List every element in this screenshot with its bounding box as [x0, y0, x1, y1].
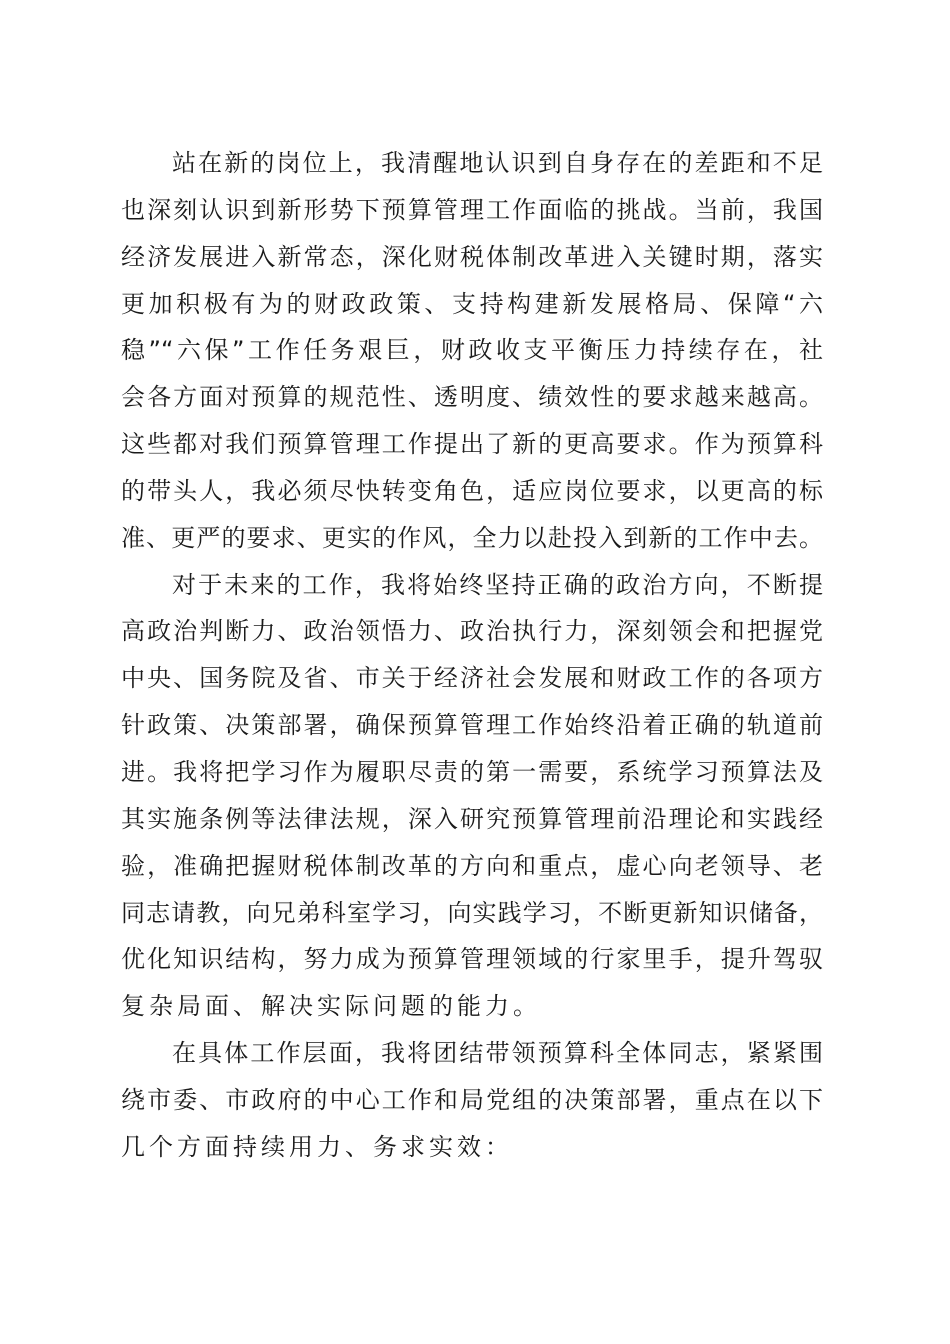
- text-line: 几个方面持续用力、务求实效：: [121, 1124, 823, 1171]
- text-line: 验，准确把握财税体制改革的方向和重点，虚心向老领导、老: [121, 843, 823, 890]
- text-line: 优化知识结构，努力成为预算管理领域的行家里手，提升驾驭: [121, 936, 823, 983]
- text-line: 进。我将把学习作为履职尽责的第一需要，系统学习预算法及: [121, 749, 823, 796]
- text-line: 复杂局面、解决实际问题的能力。: [121, 983, 823, 1030]
- text-line: 其实施条例等法律法规，深入研究预算管理前沿理论和实践经: [121, 796, 823, 843]
- text-line: 更加积极有为的财政政策、支持构建新发展格局、保障“六: [121, 281, 823, 328]
- text-line: 稳”“六保”工作任务艰巨，财政收支平衡压力持续存在，社: [121, 327, 823, 374]
- text-line: 经济发展进入新常态，深化财税体制改革进入关键时期，落实: [121, 234, 823, 281]
- paragraph-3: 在具体工作层面，我将团结带领预算科全体同志，紧紧围 绕市委、市政府的中心工作和局…: [121, 1030, 823, 1171]
- text-line: 对于未来的工作，我将始终坚持正确的政治方向，不断提: [121, 562, 823, 609]
- text-line: 高政治判断力、政治领悟力、政治执行力，深刻领会和把握党: [121, 608, 823, 655]
- text-line: 同志请教，向兄弟科室学习，向实践学习，不断更新知识储备，: [121, 890, 823, 937]
- text-line: 的带头人，我必须尽快转变角色，适应岗位要求，以更高的标: [121, 468, 823, 515]
- document-page: 站在新的岗位上，我清醒地认识到自身存在的差距和不足 也深刻认识到新形势下预算管理…: [0, 0, 950, 1344]
- text-line: 会各方面对预算的规范性、透明度、绩效性的要求越来越高。: [121, 374, 823, 421]
- document-body: 站在新的岗位上，我清醒地认识到自身存在的差距和不足 也深刻认识到新形势下预算管理…: [121, 140, 823, 1171]
- text-line: 在具体工作层面，我将团结带领预算科全体同志，紧紧围: [121, 1030, 823, 1077]
- text-line: 也深刻认识到新形势下预算管理工作面临的挑战。当前，我国: [121, 187, 823, 234]
- paragraph-2: 对于未来的工作，我将始终坚持正确的政治方向，不断提 高政治判断力、政治领悟力、政…: [121, 562, 823, 1030]
- text-line: 绕市委、市政府的中心工作和局党组的决策部署，重点在以下: [121, 1077, 823, 1124]
- text-line: 这些都对我们预算管理工作提出了新的更高要求。作为预算科: [121, 421, 823, 468]
- text-line: 中央、国务院及省、市关于经济社会发展和财政工作的各项方: [121, 655, 823, 702]
- text-line: 准、更严的要求、更实的作风，全力以赴投入到新的工作中去。: [121, 515, 823, 562]
- text-line: 站在新的岗位上，我清醒地认识到自身存在的差距和不足: [121, 140, 823, 187]
- text-line: 针政策、决策部署，确保预算管理工作始终沿着正确的轨道前: [121, 702, 823, 749]
- paragraph-1: 站在新的岗位上，我清醒地认识到自身存在的差距和不足 也深刻认识到新形势下预算管理…: [121, 140, 823, 562]
